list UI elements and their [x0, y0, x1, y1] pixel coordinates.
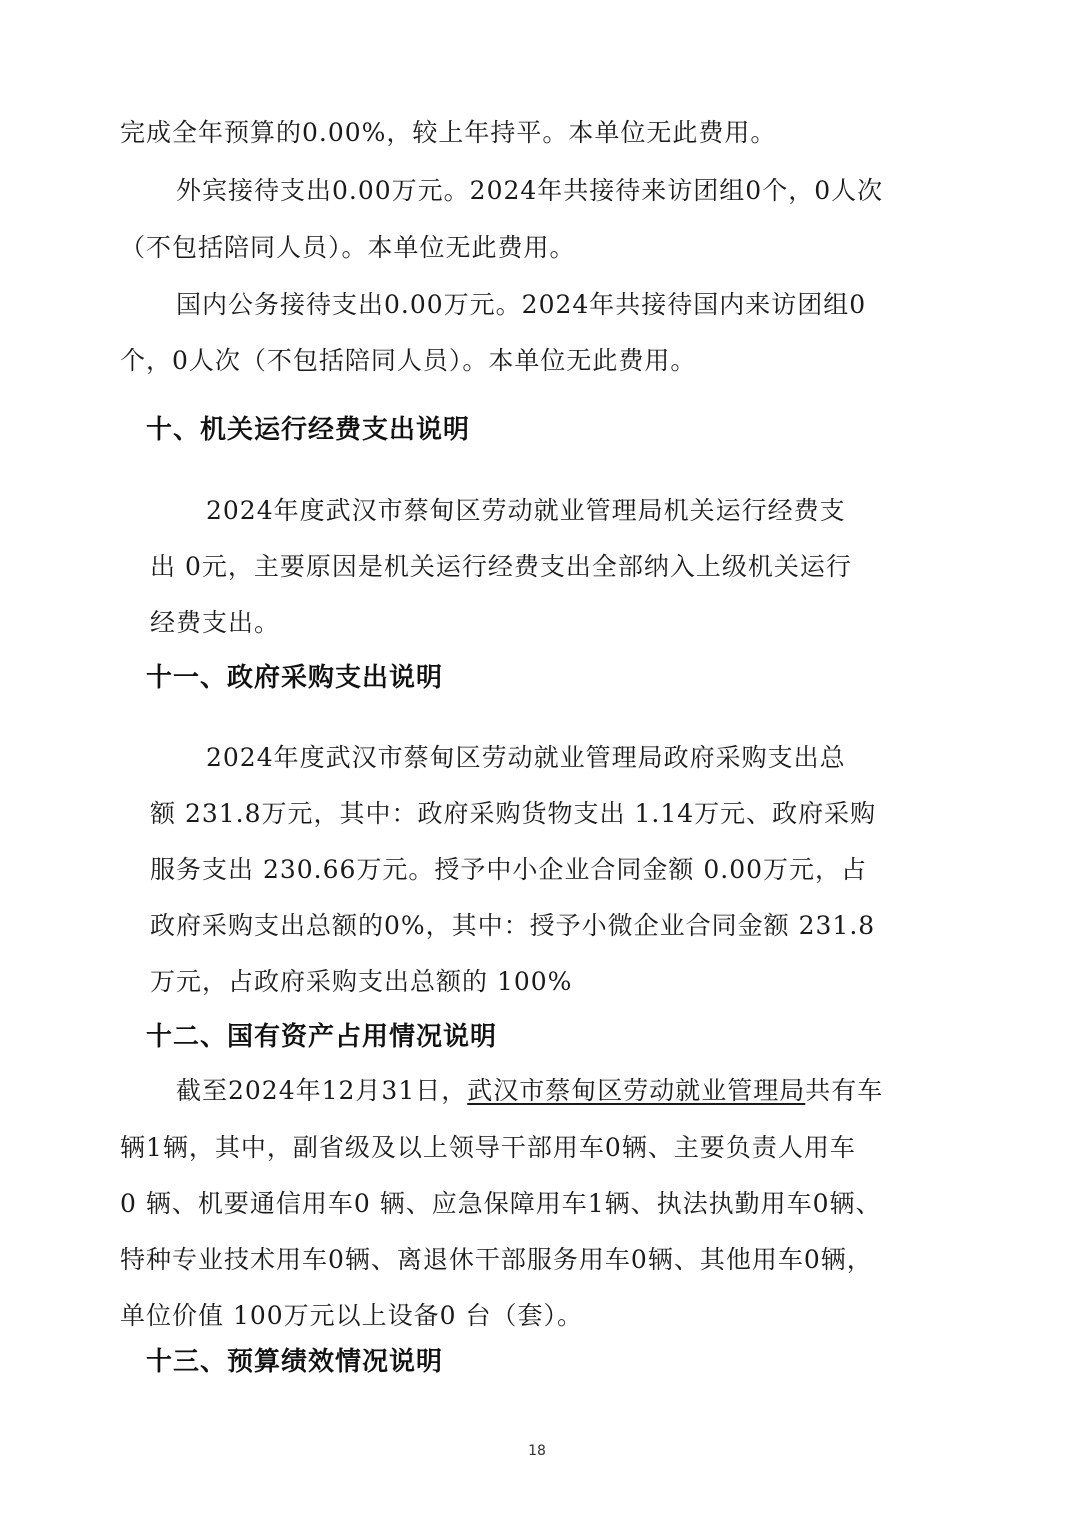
paragraph-line: 个，0人次（不包括陪同人员）。本单位无此费用。: [120, 346, 696, 376]
section-heading: 十三、预算绩效情况说明: [146, 1347, 443, 1377]
paragraph-line: 出 0元，主要原因是机关运行经费支出全部纳入上级机关运行: [150, 552, 852, 582]
paragraph-line: 经费支出。: [150, 608, 280, 638]
section-heading: 十二、国有资产占用情况说明: [146, 1022, 497, 1052]
paragraph-line: （不包括陪同人员）。本单位无此费用。: [120, 233, 576, 263]
organization-name: 武汉市蔡甸区劳动就业管理局: [467, 1076, 805, 1105]
paragraph-line: 国内公务接待支出0.00万元。2024年共接待国内来访团组0: [176, 290, 866, 320]
paragraph-line: 万元，占政府采购支出总额的 100%: [150, 967, 572, 997]
paragraph-line: 2024年度武汉市蔡甸区劳动就业管理局政府采购支出总: [206, 743, 846, 773]
section-heading: 十一、政府采购支出说明: [146, 663, 443, 693]
paragraph-line: 单位价值 100万元以上设备0 台（套）。: [120, 1301, 583, 1331]
paragraph-line: 截至2024年12月31日，武汉市蔡甸区劳动就业管理局共有车: [176, 1076, 883, 1106]
paragraph-line: 辆1辆，其中，副省级及以上领导干部用车0辆、主要负责人用车: [120, 1133, 856, 1163]
date-text: 截至2024年12月31日，: [176, 1076, 467, 1105]
paragraph-line: 额 231.8万元，其中：政府采购货物支出 1.14万元、政府采购: [150, 799, 876, 829]
paragraph-line: 2024年度武汉市蔡甸区劳动就业管理局机关运行经费支: [206, 496, 846, 526]
paragraph-line: 服务支出 230.66万元。授予中小企业合同金额 0.00万元，占: [150, 855, 867, 885]
paragraph-line: 特种专业技术用车0辆、离退休干部服务用车0辆、其他用车0辆，: [120, 1245, 873, 1275]
paragraph-line: 0 辆、机要通信用车0 辆、应急保障用车1辆、执法执勤用车0辆、: [120, 1189, 882, 1219]
section-heading: 十、机关运行经费支出说明: [146, 415, 470, 445]
paragraph-line: 完成全年预算的0.00%，较上年持平。本单位无此费用。: [120, 118, 776, 148]
paragraph-line: 政府采购支出总额的0%，其中：授予小微企业合同金额 231.8: [150, 911, 875, 941]
paragraph-line: 外宾接待支出0.00万元。2024年共接待来访团组0个，0人次: [176, 176, 883, 206]
text-fragment: 共有车: [805, 1076, 883, 1105]
page-number: 18: [0, 1443, 1074, 1459]
